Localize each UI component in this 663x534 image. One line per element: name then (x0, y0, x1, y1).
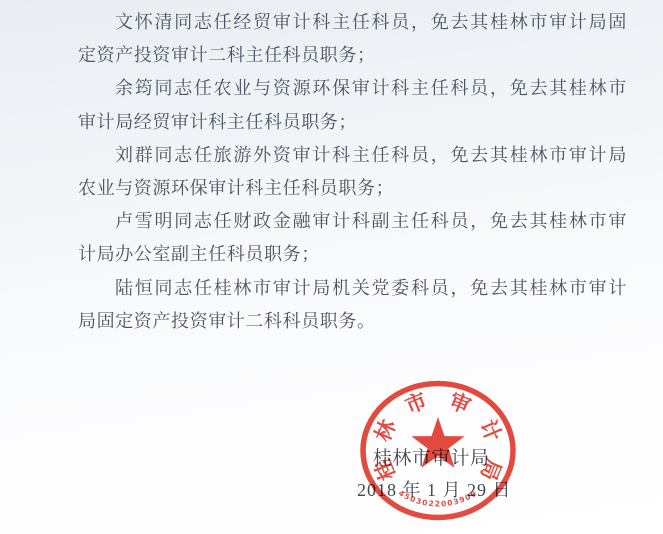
body-line: 文怀清同志任经贸审计科主任科员，免去其桂林市审计局固 (78, 6, 627, 39)
seal-ring-char: 林 (370, 415, 401, 445)
body-line: 定资产投资审计二科主任科员职务； (78, 39, 627, 72)
seal-ring-char: 计 (475, 416, 505, 445)
document-body: 文怀清同志任经贸审计科主任科员，免去其桂林市审计局固定资产投资审计二科主任科员职… (78, 6, 627, 338)
seal-ring-char: 局 (476, 455, 506, 483)
body-line: 陆恒同志任桂林市审计局机关党委科员，免去其桂林市审计 (78, 272, 627, 305)
body-line: 计局办公室副主任科员职务； (78, 238, 627, 271)
body-line: 卢雪明同志任财政金融审计科副主任科员，免去其桂林市审 (78, 205, 627, 238)
body-line: 余筠同志任农业与资源环保审计科主任科员，免去其桂林市 (78, 72, 627, 105)
body-line: 局固定资产投资审计二科科员职务。 (78, 305, 627, 338)
seal-ring-char: 审 (446, 388, 475, 418)
body-line: 农业与资源环保审计科主任科员职务； (78, 172, 627, 205)
official-seal: 桂林市审计局 4503022003909 (350, 370, 530, 534)
seal-ring-char: 市 (402, 388, 431, 418)
red-star-icon (411, 417, 464, 468)
seal-serial-number: 4503022003909 (397, 488, 479, 508)
body-line: 刘群同志任旅游外资审计科主任科员，免去其桂林市审计局 (78, 139, 627, 172)
seal-ring-char: 桂 (370, 455, 400, 483)
body-line: 审计局经贸审计科主任科员职务； (78, 106, 627, 139)
scanned-document-page: 文怀清同志任经贸审计科主任科员，免去其桂林市审计局固定资产投资审计二科主任科员职… (0, 0, 663, 534)
